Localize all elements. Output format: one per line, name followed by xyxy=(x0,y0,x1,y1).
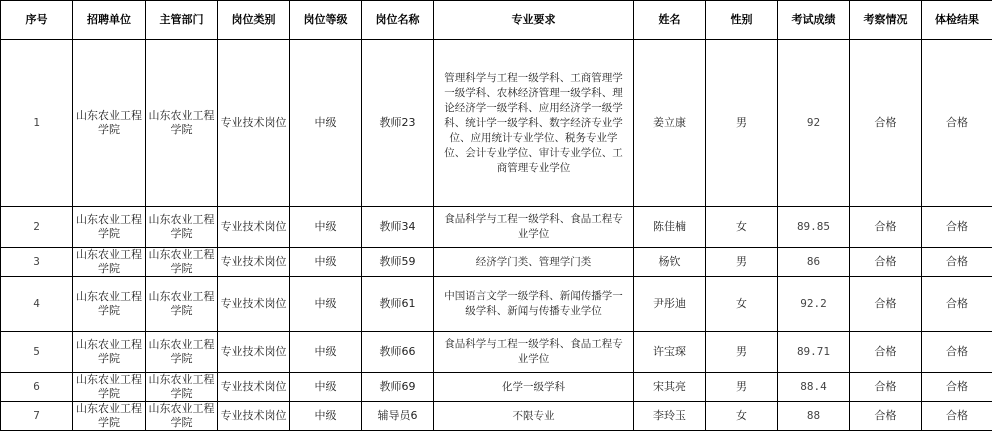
recruitment-results-table: 序号 招聘单位 主管部门 岗位类别 岗位等级 岗位名称 专业要求 姓名 性别 考… xyxy=(0,0,992,431)
cell-index: 7 xyxy=(1,402,73,431)
cell-employer: 山东农业工程学院 xyxy=(73,402,146,431)
cell-name: 许宝琛 xyxy=(634,332,706,373)
header-department: 主管部门 xyxy=(146,1,218,40)
header-inspection: 考察情况 xyxy=(850,1,922,40)
header-score: 考试成绩 xyxy=(778,1,850,40)
cell-gender: 男 xyxy=(706,332,778,373)
cell-major: 食品科学与工程一级学科、食品工程专业学位 xyxy=(434,207,634,248)
cell-name: 宋其亮 xyxy=(634,373,706,402)
cell-physical: 合格 xyxy=(922,40,992,207)
cell-category: 专业技术岗位 xyxy=(218,248,290,277)
cell-department: 山东农业工程学院 xyxy=(146,277,218,332)
cell-employer: 山东农业工程学院 xyxy=(73,373,146,402)
header-grade: 岗位等级 xyxy=(290,1,362,40)
cell-category: 专业技术岗位 xyxy=(218,40,290,207)
header-category: 岗位类别 xyxy=(218,1,290,40)
cell-inspection: 合格 xyxy=(850,332,922,373)
table-row: 4 山东农业工程学院 山东农业工程学院 专业技术岗位 中级 教师61 中国语言文… xyxy=(1,277,992,332)
cell-score: 92 xyxy=(778,40,850,207)
cell-gender: 男 xyxy=(706,248,778,277)
cell-name: 姜立康 xyxy=(634,40,706,207)
cell-employer: 山东农业工程学院 xyxy=(73,277,146,332)
cell-grade: 中级 xyxy=(290,402,362,431)
cell-grade: 中级 xyxy=(290,207,362,248)
cell-index: 4 xyxy=(1,277,73,332)
cell-major: 不限专业 xyxy=(434,402,634,431)
header-row: 序号 招聘单位 主管部门 岗位类别 岗位等级 岗位名称 专业要求 姓名 性别 考… xyxy=(1,1,992,40)
header-position: 岗位名称 xyxy=(362,1,434,40)
cell-name: 陈佳楠 xyxy=(634,207,706,248)
cell-score: 88.4 xyxy=(778,373,850,402)
cell-inspection: 合格 xyxy=(850,402,922,431)
cell-position: 教师61 xyxy=(362,277,434,332)
cell-department: 山东农业工程学院 xyxy=(146,402,218,431)
table-row: 2 山东农业工程学院 山东农业工程学院 专业技术岗位 中级 教师34 食品科学与… xyxy=(1,207,992,248)
cell-name: 李玲玉 xyxy=(634,402,706,431)
cell-position: 教师34 xyxy=(362,207,434,248)
cell-department: 山东农业工程学院 xyxy=(146,248,218,277)
cell-category: 专业技术岗位 xyxy=(218,332,290,373)
cell-score: 89.71 xyxy=(778,332,850,373)
cell-gender: 男 xyxy=(706,40,778,207)
cell-index: 3 xyxy=(1,248,73,277)
cell-employer: 山东农业工程学院 xyxy=(73,248,146,277)
header-index: 序号 xyxy=(1,1,73,40)
cell-major: 食品科学与工程一级学科、食品工程专业学位 xyxy=(434,332,634,373)
cell-employer: 山东农业工程学院 xyxy=(73,40,146,207)
cell-physical: 合格 xyxy=(922,402,992,431)
cell-index: 2 xyxy=(1,207,73,248)
cell-inspection: 合格 xyxy=(850,277,922,332)
cell-employer: 山东农业工程学院 xyxy=(73,332,146,373)
header-employer: 招聘单位 xyxy=(73,1,146,40)
cell-grade: 中级 xyxy=(290,40,362,207)
cell-grade: 中级 xyxy=(290,248,362,277)
cell-name: 尹彤迪 xyxy=(634,277,706,332)
cell-category: 专业技术岗位 xyxy=(218,277,290,332)
cell-inspection: 合格 xyxy=(850,40,922,207)
cell-score: 92.2 xyxy=(778,277,850,332)
cell-gender: 女 xyxy=(706,402,778,431)
cell-grade: 中级 xyxy=(290,332,362,373)
cell-department: 山东农业工程学院 xyxy=(146,373,218,402)
cell-grade: 中级 xyxy=(290,373,362,402)
cell-category: 专业技术岗位 xyxy=(218,207,290,248)
cell-score: 86 xyxy=(778,248,850,277)
table-row: 7 山东农业工程学院 山东农业工程学院 专业技术岗位 中级 辅导员6 不限专业 … xyxy=(1,402,992,431)
cell-position: 教师69 xyxy=(362,373,434,402)
table-row: 1 山东农业工程学院 山东农业工程学院 专业技术岗位 中级 教师23 管理科学与… xyxy=(1,40,992,207)
cell-position: 教师23 xyxy=(362,40,434,207)
cell-gender: 女 xyxy=(706,207,778,248)
header-major: 专业要求 xyxy=(434,1,634,40)
table-row: 5 山东农业工程学院 山东农业工程学院 专业技术岗位 中级 教师66 食品科学与… xyxy=(1,332,992,373)
cell-position: 教师59 xyxy=(362,248,434,277)
table-row: 3 山东农业工程学院 山东农业工程学院 专业技术岗位 中级 教师59 经济学门类… xyxy=(1,248,992,277)
cell-category: 专业技术岗位 xyxy=(218,373,290,402)
cell-physical: 合格 xyxy=(922,373,992,402)
cell-major: 经济学门类、管理学门类 xyxy=(434,248,634,277)
cell-department: 山东农业工程学院 xyxy=(146,207,218,248)
header-name: 姓名 xyxy=(634,1,706,40)
cell-physical: 合格 xyxy=(922,248,992,277)
cell-index: 5 xyxy=(1,332,73,373)
cell-index: 1 xyxy=(1,40,73,207)
cell-inspection: 合格 xyxy=(850,248,922,277)
cell-inspection: 合格 xyxy=(850,373,922,402)
cell-inspection: 合格 xyxy=(850,207,922,248)
cell-name: 杨钦 xyxy=(634,248,706,277)
cell-score: 88 xyxy=(778,402,850,431)
cell-category: 专业技术岗位 xyxy=(218,402,290,431)
table-row: 6 山东农业工程学院 山东农业工程学院 专业技术岗位 中级 教师69 化学一级学… xyxy=(1,373,992,402)
cell-major: 化学一级学科 xyxy=(434,373,634,402)
cell-position: 辅导员6 xyxy=(362,402,434,431)
cell-grade: 中级 xyxy=(290,277,362,332)
cell-score: 89.85 xyxy=(778,207,850,248)
cell-gender: 男 xyxy=(706,373,778,402)
cell-physical: 合格 xyxy=(922,207,992,248)
cell-physical: 合格 xyxy=(922,332,992,373)
cell-index: 6 xyxy=(1,373,73,402)
cell-department: 山东农业工程学院 xyxy=(146,40,218,207)
cell-major: 管理科学与工程一级学科、工商管理学一级学科、农林经济管理一级学科、理论经济学一级… xyxy=(434,40,634,207)
cell-employer: 山东农业工程学院 xyxy=(73,207,146,248)
header-physical: 体检结果 xyxy=(922,1,992,40)
cell-position: 教师66 xyxy=(362,332,434,373)
cell-gender: 女 xyxy=(706,277,778,332)
header-gender: 性别 xyxy=(706,1,778,40)
cell-physical: 合格 xyxy=(922,277,992,332)
cell-department: 山东农业工程学院 xyxy=(146,332,218,373)
cell-major: 中国语言文学一级学科、新闻传播学一级学科、新闻与传播专业学位 xyxy=(434,277,634,332)
